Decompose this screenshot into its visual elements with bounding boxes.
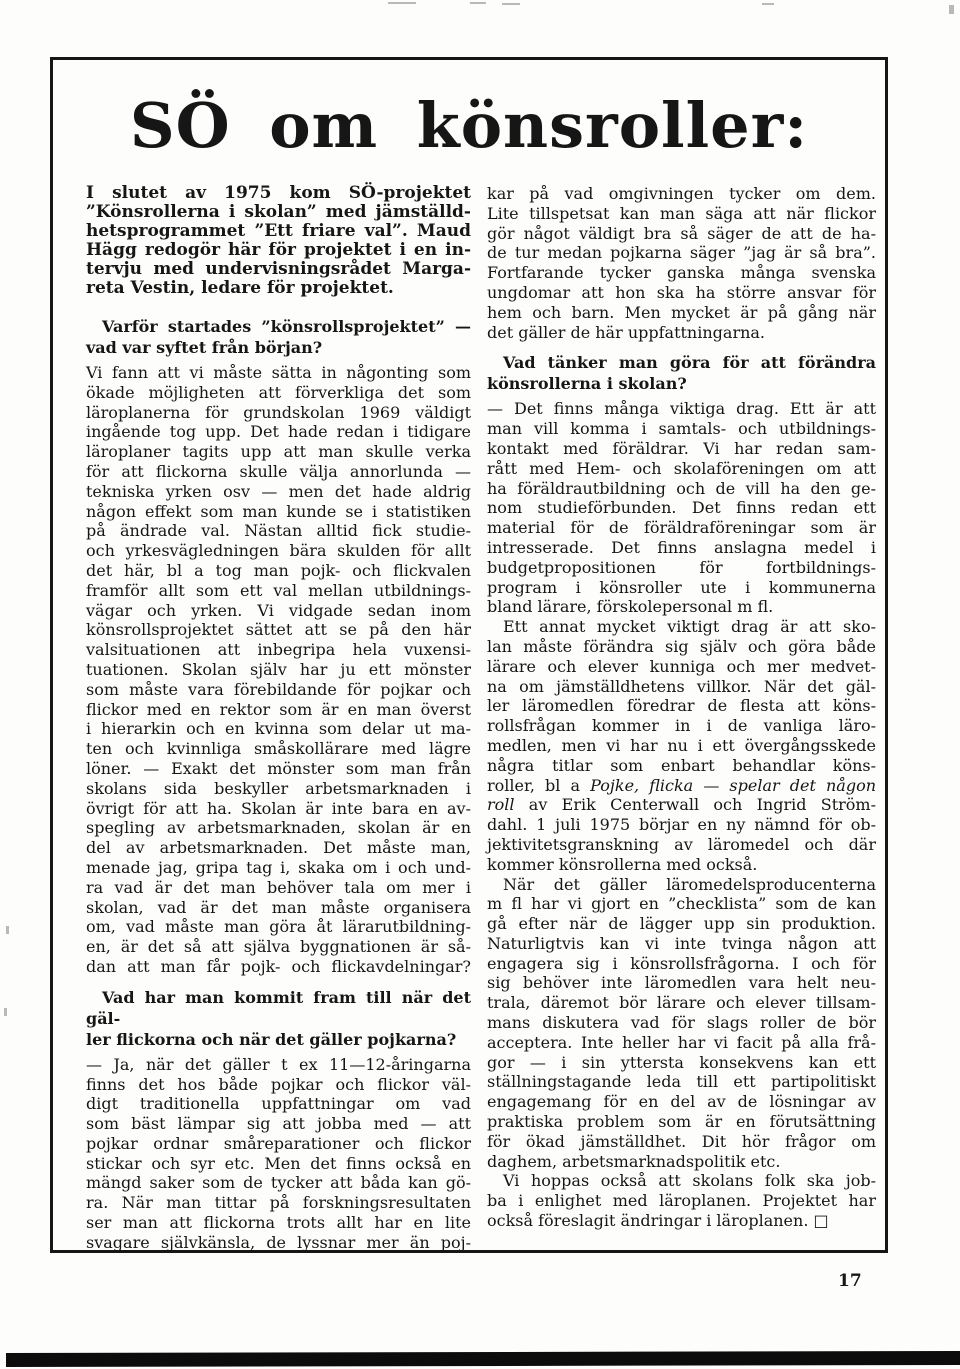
text-line: medlen, men vi har nu i ett övergångsske… — [487, 736, 876, 756]
text-line: hetsprogrammet ”Ett friare val”. Maud — [86, 222, 471, 241]
text-line: som måste vara förebildande för pojkar o… — [86, 680, 471, 700]
scan-artifact — [949, 5, 954, 14]
column-left: I slutet av 1975 kom SÖ-projektet”Könsro… — [86, 184, 471, 1253]
text-line: roller, bl a Pojke, flicka — spelar det … — [487, 776, 876, 796]
paragraph: Vi fann att vi måste sätta in någonting … — [86, 363, 471, 977]
text-line: också föreslagit ändringar i läroplanen.… — [487, 1211, 876, 1231]
text-line: roll av Erik Centerwall och Ingrid Ström… — [487, 795, 876, 815]
text-line: I slutet av 1975 kom SÖ-projektet — [86, 184, 471, 203]
text-line: nom studieförbunden. Det finns redan ett — [487, 498, 876, 518]
text-line: rått med Hem- och skolaföreningen om att — [487, 459, 876, 479]
text-line: sig behöver inte läromedlen vara helt ne… — [487, 973, 876, 993]
text-line: könsrollerna i skolan? — [487, 373, 876, 394]
text-line: Varför startades ”könsrollsprojektet” — — [86, 316, 471, 337]
text-line: svagare självkänsla, de lyssnar mer än p… — [86, 1233, 471, 1253]
text-line: det gäller de här uppfattningarna. — [487, 323, 876, 343]
text-line: program i könsroller ute i kommunerna — [487, 578, 876, 598]
text-line: na om jämställdhetens villkor. När det g… — [487, 677, 876, 697]
page-number: 17 — [838, 1271, 862, 1291]
text-line: praktiska problem som är en förutsättnin… — [487, 1112, 876, 1132]
text-line: ingående tog upp. Det hade redan i tidig… — [86, 422, 471, 442]
text-line: för ökad jämställdhet. Dit hör frågor om — [487, 1132, 876, 1152]
text-line: acceptera. Inte heller har vi facit på a… — [487, 1033, 876, 1053]
text-line: Vad har man kommit fram till när det gäl… — [86, 987, 471, 1029]
text-line: läroplaner tagits upp att man skulle ver… — [86, 442, 471, 462]
text-line: del av arbetsmarknaden. Det måste man, — [86, 838, 471, 858]
text-line: ba i enlighet med läroplanen. Projektet … — [487, 1191, 876, 1211]
text-line: läroplanerna för grundskolan 1969 väldig… — [86, 403, 471, 423]
text-line: gör något väldigt bra så säger de att de… — [487, 224, 876, 244]
paragraph: — Ja, när det gäller t ex 11—12-åringarn… — [86, 1055, 471, 1253]
text-line: ra. När man tittar på forskningsresultat… — [86, 1193, 471, 1213]
text-line: kar på vad omgivningen tycker om dem. — [487, 184, 876, 204]
text-line: vägar och yrken. Vi vidgade sedan inom — [86, 601, 471, 621]
text-line: m fl har vi gjort en ”checklista” som de… — [487, 894, 876, 914]
text-line: kontakt med föräldrar. Vi har redan sam- — [487, 439, 876, 459]
paragraph: Ett annat mycket viktigt drag är att sko… — [487, 617, 876, 874]
text-line: hem och barn. Men mycket är på gång när — [487, 303, 876, 323]
text-line: rollsfrågan kommer in i de vanliga läro- — [487, 716, 876, 736]
article-border-frame: SÖ om könsroller: I slutet av 1975 kom S… — [50, 57, 888, 1253]
text-line: material för de föräldraföreningar som ä… — [487, 518, 876, 538]
text-line: stickar och syr etc. Men det finns också… — [86, 1154, 471, 1174]
text-line: tervju med undervisningsrådet Marga- — [86, 260, 471, 279]
text-line: intresserade. Det finns anslagna medel i — [487, 538, 876, 558]
text-line: dahl. 1 juli 1975 börjar en ny nämnd för… — [487, 815, 876, 835]
text-line: gor — i sin yttersta konsekvens kan ett — [487, 1053, 876, 1073]
text-line: ler flickorna och när det gäller pojkarn… — [86, 1029, 471, 1050]
text-line: engagemang för en del av de lösningar av — [487, 1092, 876, 1112]
text-line: valsituationen att inbegripa hela vuxens… — [86, 640, 471, 660]
interview-question: Varför startades ”könsrollsprojektet” —v… — [86, 316, 471, 358]
text-line: man vill komma i samtals- och utbildning… — [487, 419, 876, 439]
text-line: kommer könsrollerna med också. — [487, 855, 876, 875]
text-line: ungdomar att hon ska ha större ansvar fö… — [487, 283, 876, 303]
text-line: ”Könsrollerna i skolan” med jämställd- — [86, 203, 471, 222]
paragraph: — Det finns många viktiga drag. Ett är a… — [487, 399, 876, 617]
text-line: om, vad måste man göra åt lärarutbildnin… — [86, 917, 471, 937]
text-line: reta Vestin, ledare för projektet. — [86, 279, 471, 298]
scan-artifact — [6, 926, 9, 934]
text-line: Vi hoppas också att skolans folk ska job… — [487, 1171, 876, 1191]
text-line: lan måste förändra sig själv och göra bå… — [487, 637, 876, 657]
text-line: digt traditionella uppfattningar om vad — [86, 1094, 471, 1114]
text-line: Fortfarande tycker ganska många svenska — [487, 263, 876, 283]
text-line: i hierarkin och en kvinna som delar ut m… — [86, 719, 471, 739]
text-line: — Det finns många viktiga drag. Ett är a… — [487, 399, 876, 419]
text-line: ökade möjligheten att förverkliga det so… — [86, 383, 471, 403]
text-line: När det gäller läromedelsproducenterna — [487, 875, 876, 895]
text-line: könsrollsprojektet sättet att se på den … — [86, 620, 471, 640]
text-line: ställningstagande leda till ett partipol… — [487, 1072, 876, 1092]
text-line: flickor med en rektor som är en man över… — [86, 700, 471, 720]
text-line: tekniska yrken osv — men det hade aldrig — [86, 482, 471, 502]
text-line: ra vad är det man behöver tala om mer i — [86, 878, 471, 898]
text-line: budgetpropositionen för fortbildnings- — [487, 558, 876, 578]
text-line: vad var syftet från början? — [86, 337, 471, 358]
text-line: jektivitetsgranskning av läromedel och d… — [487, 835, 876, 855]
text-line: det här, bl a tog man pojk- och flickval… — [86, 561, 471, 581]
text-line: ser man att flickorna trots allt har en … — [86, 1213, 471, 1233]
text-line: någon effekt som man kunde se i statisti… — [86, 502, 471, 522]
text-line: löner. — Exakt det mönster som man från — [86, 759, 471, 779]
scan-artifact — [4, 1008, 7, 1016]
scan-artifact — [762, 3, 774, 5]
text-line: ha föräldrautbildning och de vill ha den… — [487, 479, 876, 499]
text-line: några titlar som enbart behandlar köns- — [487, 756, 876, 776]
text-line: spegling av arbetsmarknaden, skolan är e… — [86, 818, 471, 838]
text-line: — Ja, när det gäller t ex 11—12-åringarn… — [86, 1055, 471, 1075]
text-line: gå efter när de lägger upp sin produktio… — [487, 914, 876, 934]
paragraph: När det gäller läromedelsproducenternam … — [487, 875, 876, 1172]
text-line: en, är det så att själva byggnationen är… — [86, 937, 471, 957]
text-line: trala, däremot bör lärare och elever til… — [487, 993, 876, 1013]
text-line: ten och kvinnliga småskollärare med lägr… — [86, 739, 471, 759]
interview-question: Vad har man kommit fram till när det gäl… — [86, 987, 471, 1050]
text-line: dan att man får pojk- och flickavdelning… — [86, 957, 471, 977]
text-line: Vad tänker man göra för att förändra — [487, 352, 876, 373]
text-line: skolan, vad är det man måste organisera — [86, 898, 471, 918]
text-line: daghem, arbetsmarknadspolitik etc. — [487, 1152, 876, 1172]
paragraph: Vi hoppas också att skolans folk ska job… — [487, 1171, 876, 1230]
text-line: mans diskutera vad för slags roller de b… — [487, 1013, 876, 1033]
text-line: bland lärare, förskolepersonal m fl. — [487, 597, 876, 617]
article-headline: SÖ om könsroller: — [53, 84, 885, 168]
text-line: som bäst lämpar sig att jobba med — att — [86, 1114, 471, 1134]
text-line: tuationen. Skolan själv har ju ett mönst… — [86, 660, 471, 680]
text-line: Naturligtvis kan vi inte tvinga någon at… — [487, 934, 876, 954]
interview-question: Vad tänker man göra för att förändraköns… — [487, 352, 876, 394]
text-line: menade jag, gripa tag i, skaka om i och … — [86, 858, 471, 878]
paragraph: kar på vad omgivningen tycker om dem.Lit… — [487, 184, 876, 342]
text-line: lärare och elever kunniga och mer medvet… — [487, 657, 876, 677]
text-line: mängd saker som de tycker att båda kan g… — [86, 1173, 471, 1193]
scan-artifact — [388, 2, 416, 4]
scan-edge-bar — [6, 1351, 960, 1367]
text-line: Ett annat mycket viktigt drag är att sko… — [487, 617, 876, 637]
paragraph: I slutet av 1975 kom SÖ-projektet”Könsro… — [86, 184, 471, 298]
text-line: pojkar ordnar småreparationer och flicko… — [86, 1134, 471, 1154]
scan-artifact — [502, 3, 520, 5]
text-line: övrigt för att ha. Skolan är inte bara e… — [86, 799, 471, 819]
text-line: ler läromedlen föredrar de flesta att kö… — [487, 696, 876, 716]
text-line: för att flickorna skulle välja annorlund… — [86, 462, 471, 482]
text-line: Vi fann att vi måste sätta in någonting … — [86, 363, 471, 383]
text-line: och yrkesvägledningen bära skulden för a… — [86, 541, 471, 561]
text-line: framför allt som ett val mellan utbildni… — [86, 581, 471, 601]
scan-artifact — [470, 2, 486, 4]
text-line: de tur medan pojkarna säger ”jag är så b… — [487, 243, 876, 263]
text-line: Lite tillspetsat kan man säga att när fl… — [487, 204, 876, 224]
text-line: engagera sig i könsrollsfrågorna. I och … — [487, 954, 876, 974]
text-line: skolans sida beskyller arbetsmarknaden i — [86, 779, 471, 799]
column-right: kar på vad omgivningen tycker om dem.Lit… — [487, 184, 876, 1231]
article-columns: I slutet av 1975 kom SÖ-projektet”Könsro… — [53, 184, 885, 1253]
text-line: Hägg redogör här för projektet i en in- — [86, 241, 471, 260]
text-line: på ändrade val. Nästan alltid fick studi… — [86, 521, 471, 541]
text-line: finns det hos både pojkar och flickor vä… — [86, 1075, 471, 1095]
scanned-magazine-page: SÖ om könsroller: I slutet av 1975 kom S… — [0, 0, 960, 1369]
